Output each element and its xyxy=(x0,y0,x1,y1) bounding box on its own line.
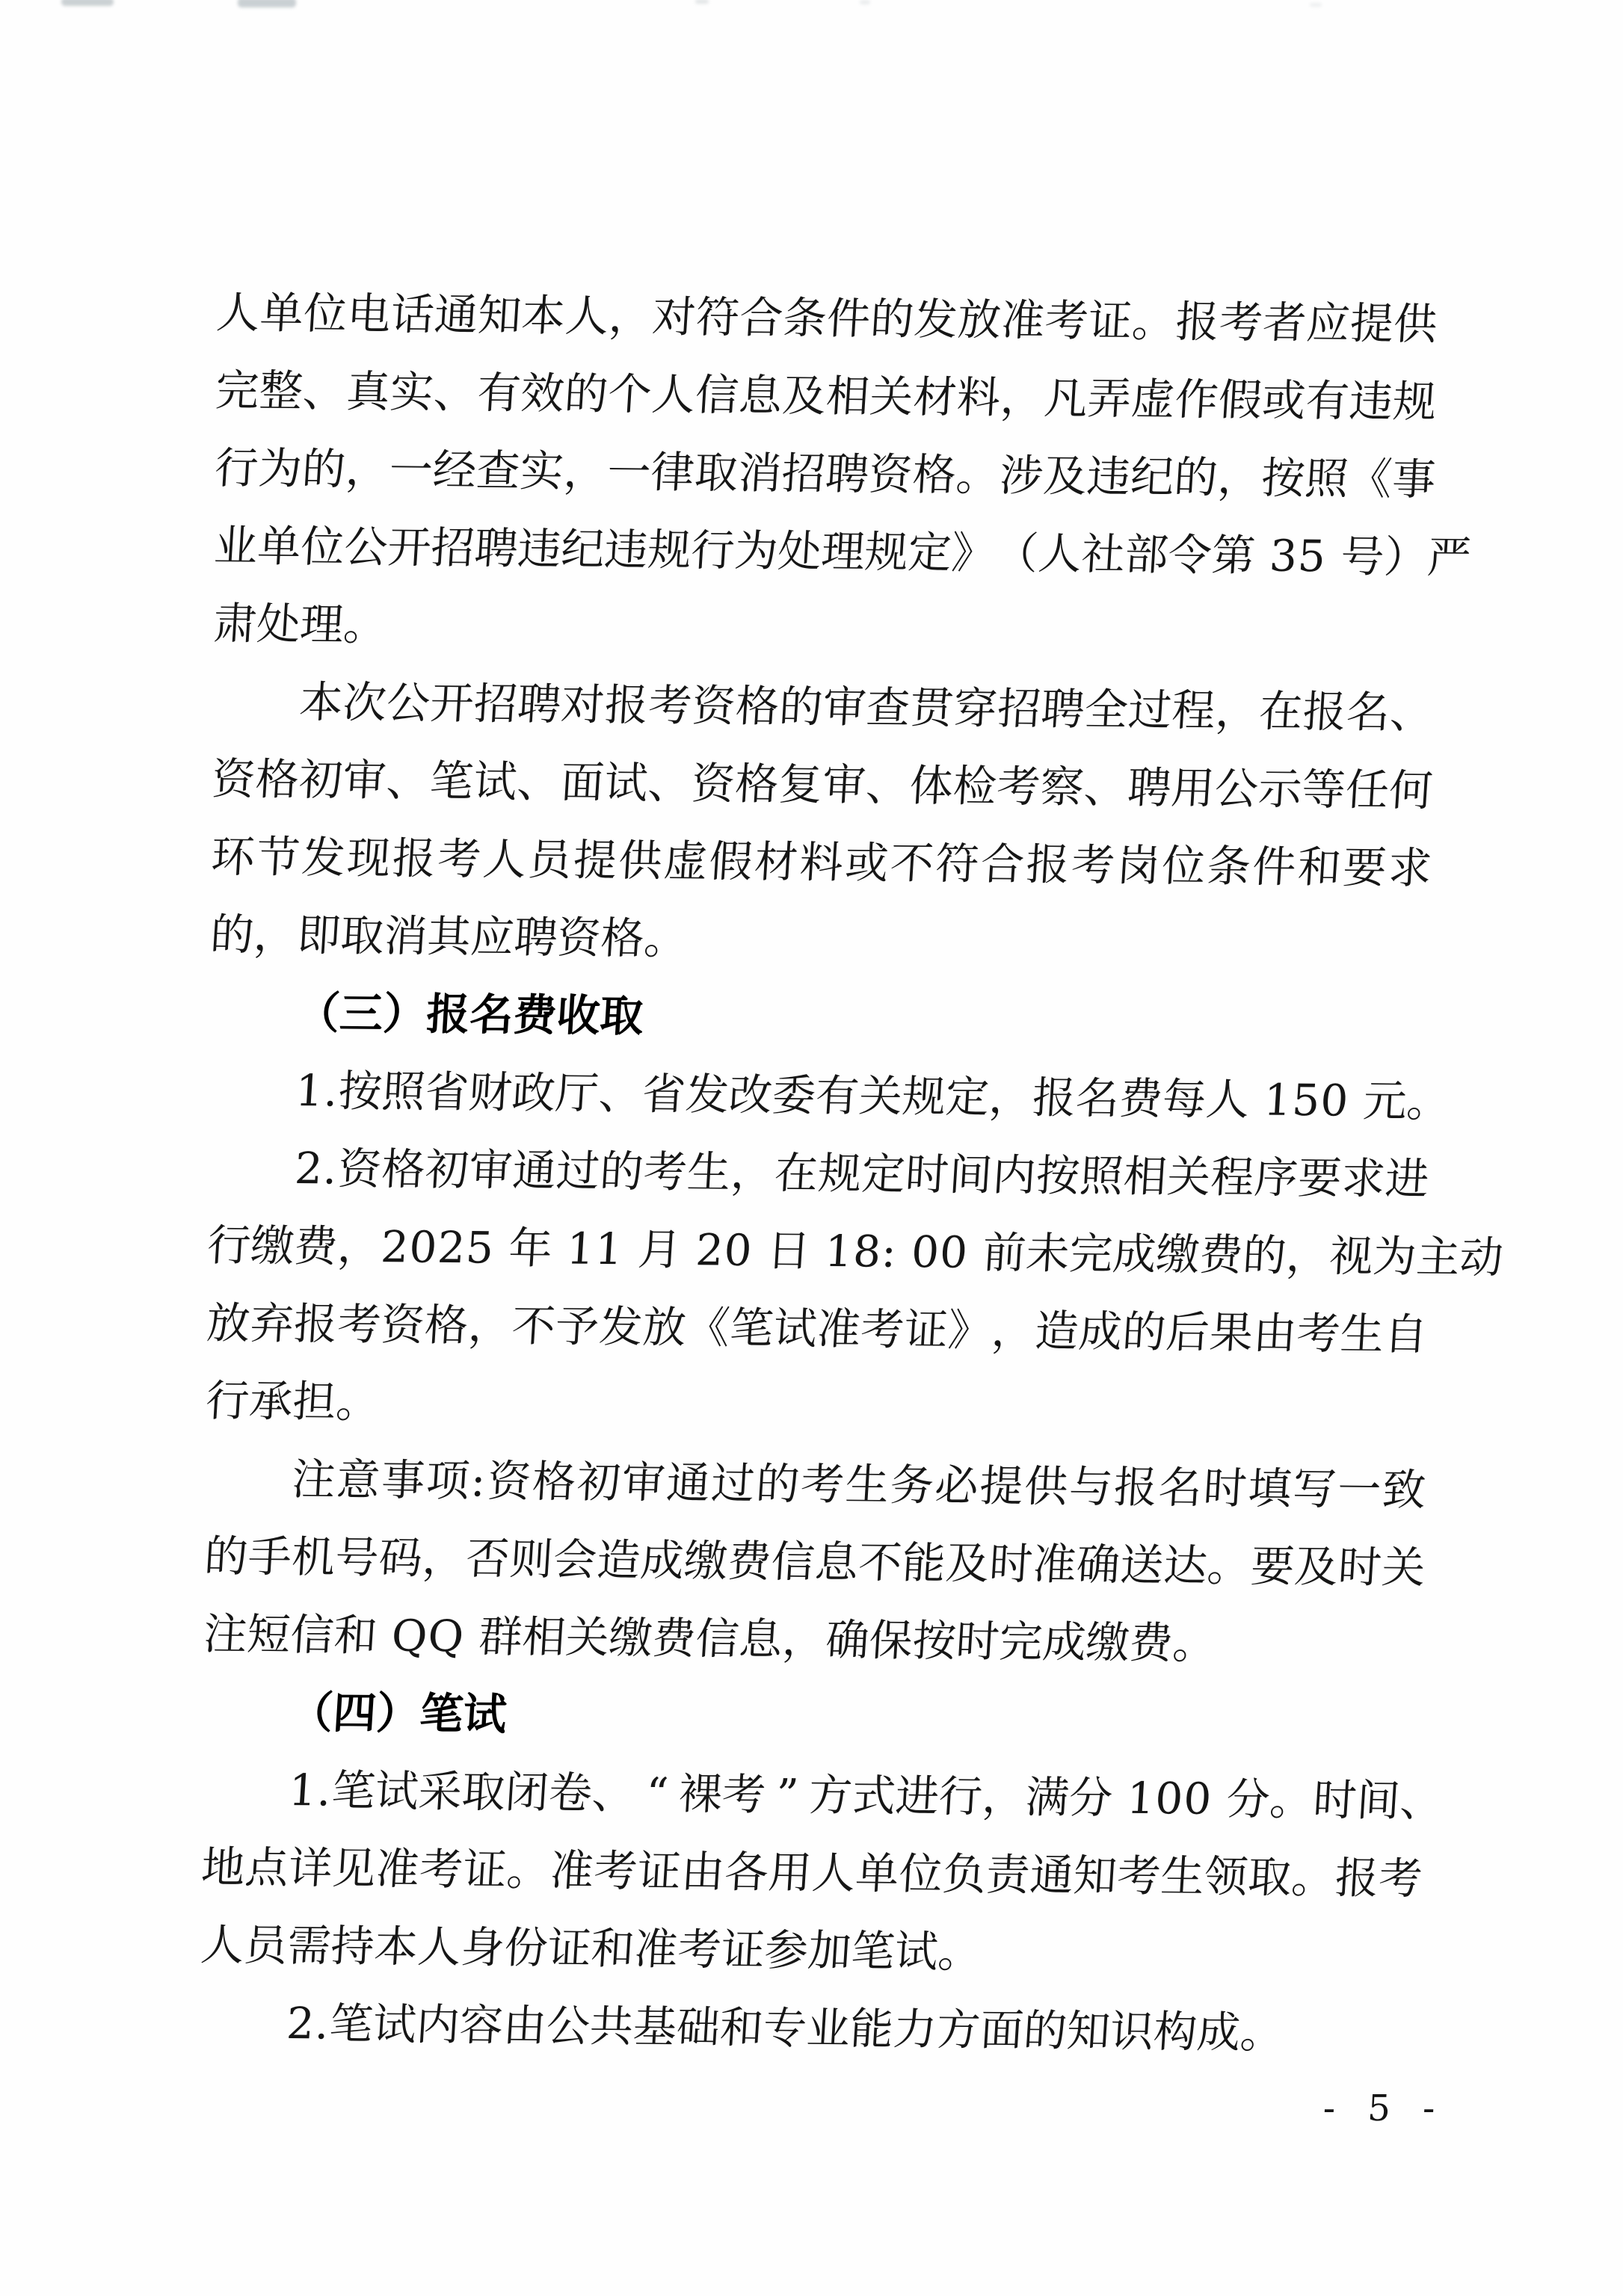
text-line: 人单位电话通知本人，对符合条件的发放准考证。报考者应提供 xyxy=(214,274,1439,363)
text-line: 业单位公开招聘违纪违规行为处理规定》（人社部令第 35 号）严 xyxy=(212,507,1437,596)
text-line: 的，即取消其应聘资格。 xyxy=(208,895,1433,985)
text-line: （四）笔试 xyxy=(200,1673,1426,1762)
text-line: 本次公开招聘对报考资格的审查贯穿招聘全过程，在报名、 xyxy=(210,662,1435,752)
text-line: 1.按照省财政厅、省发改委有关规定，报名费每人 150 元。 xyxy=(206,1051,1432,1141)
text-line: 行缴费，2025 年 11 月 20 日 18: 00 前未完成缴费的，视为主动 xyxy=(205,1206,1430,1296)
text-line: 2.资格初审通过的考生，在规定时间内按照相关程序要求进 xyxy=(206,1129,1431,1218)
document-page: 人单位电话通知本人，对符合条件的发放准考证。报考者应提供完整、真实、有效的个人信… xyxy=(0,0,1623,2296)
scan-artifact xyxy=(695,0,709,4)
text-line: 行承担。 xyxy=(203,1362,1429,1451)
text-line: 注短信和 QQ 群相关缴费信息，确保按时完成缴费。 xyxy=(201,1595,1426,1685)
scan-artifact xyxy=(860,0,870,4)
text-line: 资格初审、笔试、面试、资格复审、体检考察、聘用公示等任何 xyxy=(209,740,1435,830)
text-line: 行为的，一经查实，一律取消招聘资格。涉及违纪的，按照《事 xyxy=(212,429,1438,519)
text-line: （三）报名费收取 xyxy=(207,973,1432,1063)
text-line: 注意事项:资格初审通过的考生务必提供与报名时填写一致 xyxy=(203,1439,1428,1529)
text-line: 完整、真实、有效的个人信息及相关材料，凡弄虚作假或有违规 xyxy=(213,351,1438,441)
scan-artifact xyxy=(238,0,296,7)
text-line: 放弃报考资格，不予发放《笔试准考证》，造成的后果由考生自 xyxy=(204,1284,1429,1374)
text-line: 环节发现报考人员提供虚假材料或不符合报考岗位条件和要求 xyxy=(209,818,1434,907)
scan-artifact xyxy=(1310,3,1322,7)
text-line: 地点详见准考证。准考证由各用人单位负责通知考生领取。报考 xyxy=(199,1828,1424,1918)
scan-artifact xyxy=(61,0,114,6)
text-line: 的手机号码，否则会造成缴费信息不能及时准确送达。要及时关 xyxy=(202,1517,1427,1607)
text-line: 2.笔试内容由公共基础和专业能力方面的知识构成。 xyxy=(197,1984,1423,2073)
text-line: 人员需持本人身份证和准考证参加笔试。 xyxy=(198,1906,1423,1996)
text-line: 肃处理。 xyxy=(211,584,1436,674)
text-line: 1.笔试采取闭卷、“裸考”方式进行，满分 100 分。时间、 xyxy=(200,1750,1425,1840)
document-body: 人单位电话通知本人，对符合条件的发放准考证。报考者应提供完整、真实、有效的个人信… xyxy=(200,274,1438,2073)
page-number: - 5 - xyxy=(1322,2087,1447,2129)
